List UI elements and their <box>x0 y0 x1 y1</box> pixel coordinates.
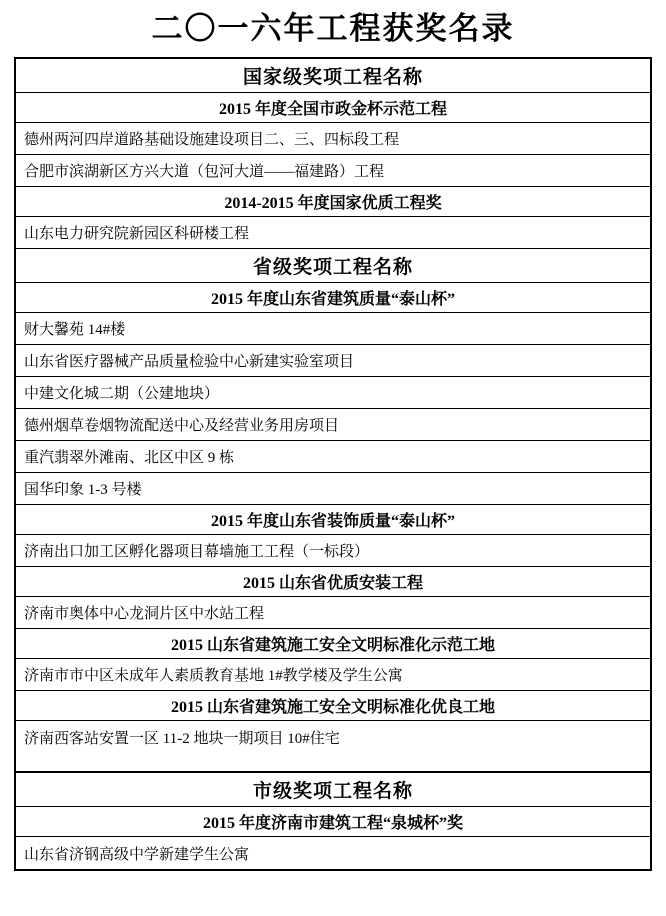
document-page: 二〇一六年工程获奖名录 国家级奖项工程名称 2015 年度全国市政金杯示范工程 … <box>0 0 666 916</box>
project-row: 济南出口加工区孵化器项目幕墙施工工程（一标段） <box>16 535 650 567</box>
section-header-row-national: 国家级奖项工程名称 <box>16 59 650 93</box>
section-header-row-municipal: 市级奖项工程名称 <box>16 773 650 807</box>
award-title-row: 2015 山东省建筑施工安全文明标准化示范工地 <box>16 629 650 659</box>
award-title-row: 2015 年度山东省建筑质量“泰山杯” <box>16 283 650 313</box>
project-row: 济南市奥体中心龙洞片区中水站工程 <box>16 597 650 629</box>
project-row: 中建文化城二期（公建地块） <box>16 377 650 409</box>
section-header-row-provincial: 省级奖项工程名称 <box>16 249 650 283</box>
project-row: 德州烟草卷烟物流配送中心及经营业务用房项目 <box>16 409 650 441</box>
project-row: 德州两河四岸道路基础设施建设项目二、三、四标段工程 <box>16 123 650 155</box>
project-row: 财大馨苑 14#楼 <box>16 313 650 345</box>
project-row: 重汽翡翠外滩南、北区中区 9 栋 <box>16 441 650 473</box>
project-row: 济南西客站安置一区 11-2 地块一期项目 10#住宅 <box>16 721 650 753</box>
award-title-row: 2015 年度全国市政金杯示范工程 <box>16 93 650 123</box>
project-row: 济南市市中区未成年人素质教育基地 1#教学楼及学生公寓 <box>16 659 650 691</box>
project-row: 国华印象 1-3 号楼 <box>16 473 650 505</box>
award-title-row: 2015 年度济南市建筑工程“泉城杯”奖 <box>16 807 650 837</box>
project-row: 山东省医疗器械产品质量检验中心新建实验室项目 <box>16 345 650 377</box>
document-title: 二〇一六年工程获奖名录 <box>0 0 666 50</box>
award-title-row: 2015 山东省优质安装工程 <box>16 567 650 597</box>
project-row: 合肥市滨湖新区方兴大道（包河大道——福建路）工程 <box>16 155 650 187</box>
awards-table: 国家级奖项工程名称 2015 年度全国市政金杯示范工程 德州两河四岸道路基础设施… <box>14 57 652 871</box>
award-title-row: 2014-2015 年度国家优质工程奖 <box>16 187 650 217</box>
award-title-row: 2015 年度山东省装饰质量“泰山杯” <box>16 505 650 535</box>
award-title-row: 2015 山东省建筑施工安全文明标准化优良工地 <box>16 691 650 721</box>
project-row: 山东电力研究院新园区科研楼工程 <box>16 217 650 249</box>
spacer-row <box>16 753 650 773</box>
project-row: 山东省济钢高级中学新建学生公寓 <box>16 837 650 869</box>
